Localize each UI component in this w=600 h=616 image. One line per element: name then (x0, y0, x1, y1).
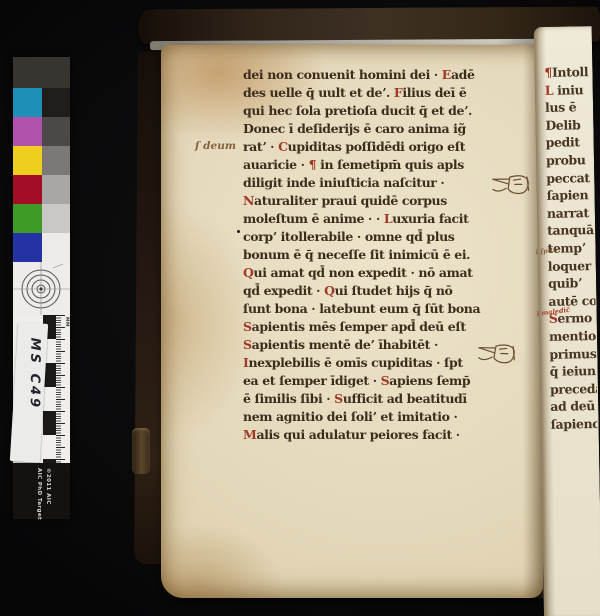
bullseye-target (13, 262, 70, 315)
manuscript-line: loquer (548, 257, 595, 275)
manicule-icon (487, 167, 536, 199)
manuscript-line: quibʼ (548, 274, 595, 292)
swatch-row (13, 175, 70, 204)
manuscript-line: des uelle q̄ uult et deʼ. Filius deī ē (243, 84, 479, 102)
manuscript-line: ad deū (550, 397, 597, 415)
manuscript-line: ſunt bona · latebunt eum q̄ ſūt bona (243, 300, 479, 318)
bullseye-icon (13, 262, 70, 315)
manuscript-line: mentio (549, 327, 596, 345)
manuscript-line: moleſtum ē anime · · Luxuria facit (243, 210, 479, 228)
color-patch (42, 88, 71, 117)
manuscript-line: Naturaliter praui quidē corpus (243, 192, 479, 210)
book-clasp (132, 428, 150, 474)
ruler-unit-label: MM (64, 317, 69, 327)
manuscript-line: ſapienc (550, 415, 597, 433)
manuscript-line: dei non conuenit homini dei · Eadē (243, 66, 479, 84)
manuscript-left-page: ſ deum dei non conuenit homini dei · Ead… (161, 45, 543, 598)
manuscript-line: Qui amat qd̄ non expedit · nō amat (243, 264, 479, 282)
color-patch (13, 204, 42, 233)
manuscript-line: diligit inde iniuſticia naſcitur · (243, 174, 479, 192)
manuscript-line: corpʼ itollerabile · omne qd̄ plus (243, 228, 479, 246)
color-patch (13, 88, 42, 117)
manuscript-line: bonum ē q̄ neceſſe ſit inimicū ē ei. (243, 246, 479, 264)
manicule-icon (473, 335, 523, 369)
left-page-text-block: dei non conuenit homini dei · Eadēdes ue… (243, 66, 479, 444)
color-patch (42, 117, 71, 146)
manuscript-line: ē ſimilis ſibi · Sufficit ad beatitudī (243, 390, 479, 408)
manuscript-line: nem agnitio dei ſoliʼ et imitatio · (243, 408, 479, 426)
manuscript-line: Sapientis mentē deʼ īhabitēt · (243, 336, 479, 354)
manuscript-line: Inexplebilis ē omīs cupiditas · ſpt (243, 354, 479, 372)
target-copyright-label: ©2011 AIC (45, 468, 51, 505)
color-patch (42, 233, 71, 262)
manuscript-line: ¶Intoll (544, 63, 591, 81)
color-patch (42, 146, 71, 175)
target-name-label: AIC PhD Target (36, 468, 42, 520)
gray-patch (13, 57, 70, 88)
manuscript-line: ſapien (546, 186, 593, 204)
swatch-row (13, 204, 70, 233)
manuscript-line: qui hec ſola pretioſa ducit q̄ et deʼ. (243, 102, 479, 120)
manuscript-line: pedit (546, 133, 593, 151)
manuscript-line: preceda (550, 380, 597, 398)
color-patch (13, 175, 42, 204)
margin-note: ſ deum (195, 140, 236, 152)
color-patch (42, 175, 71, 204)
color-patch (13, 146, 42, 175)
manuscript-photograph: ſ deum dei non conuenit homini dei · Ead… (0, 0, 600, 616)
manuscript-line: Malis qui adulatur peiores facit · (243, 426, 479, 444)
manuscript-right-page: ¶IntollL iniulus ēDelibpeditprobupeccatſ… (534, 26, 600, 616)
manuscript-line: peccat (546, 169, 593, 187)
color-patch (13, 233, 42, 262)
shelfmark-label: MS C49 (27, 338, 43, 411)
right-margin-notes: ī ſpītoī maledic̄ (534, 26, 592, 27)
color-calibration-target: MM MS C49 AIC PhD Target ©2011 AIC (13, 57, 70, 519)
color-patch (42, 204, 71, 233)
swatch-row (13, 117, 70, 146)
manuscript-line: tanquā (547, 221, 594, 239)
manuscript-line: narrat (547, 204, 594, 222)
swatch-row (13, 233, 70, 262)
ink-speck (237, 230, 240, 233)
manuscript-line: ratʼ · Cupiditas poſſidēdi origo eſt (243, 138, 479, 156)
color-swatches (13, 88, 70, 262)
manuscript-line: lus ē (545, 98, 592, 116)
manuscript-line: qd̄ expedit · Qui ſtudet hijs q̄ nō (243, 282, 479, 300)
target-footer: AIC PhD Target ©2011 AIC (13, 463, 70, 519)
manuscript-line: Delib (545, 116, 592, 134)
manuscript-line: probu (546, 151, 593, 169)
manuscript-line: q̄ ieiun (550, 362, 597, 380)
swatch-row (13, 88, 70, 117)
manuscript-line: primus (549, 345, 596, 363)
manuscript-line: auaricie · ¶ in ſemetipm̄ quis apls (243, 156, 479, 174)
swatch-row (13, 146, 70, 175)
manuscript-line: L iniu (545, 81, 592, 99)
manuscript-line: ea et ſemper īdiget · Sapiens ſemp̄ (243, 372, 479, 390)
ruler-tick-scale (56, 315, 70, 463)
manuscript-line: Sapientis mēs ſemper apd̄ deū eſt (243, 318, 479, 336)
manuscript-line: Donec ī deſiderijs ē caro anima ig̃ (243, 120, 479, 138)
color-patch (13, 117, 42, 146)
